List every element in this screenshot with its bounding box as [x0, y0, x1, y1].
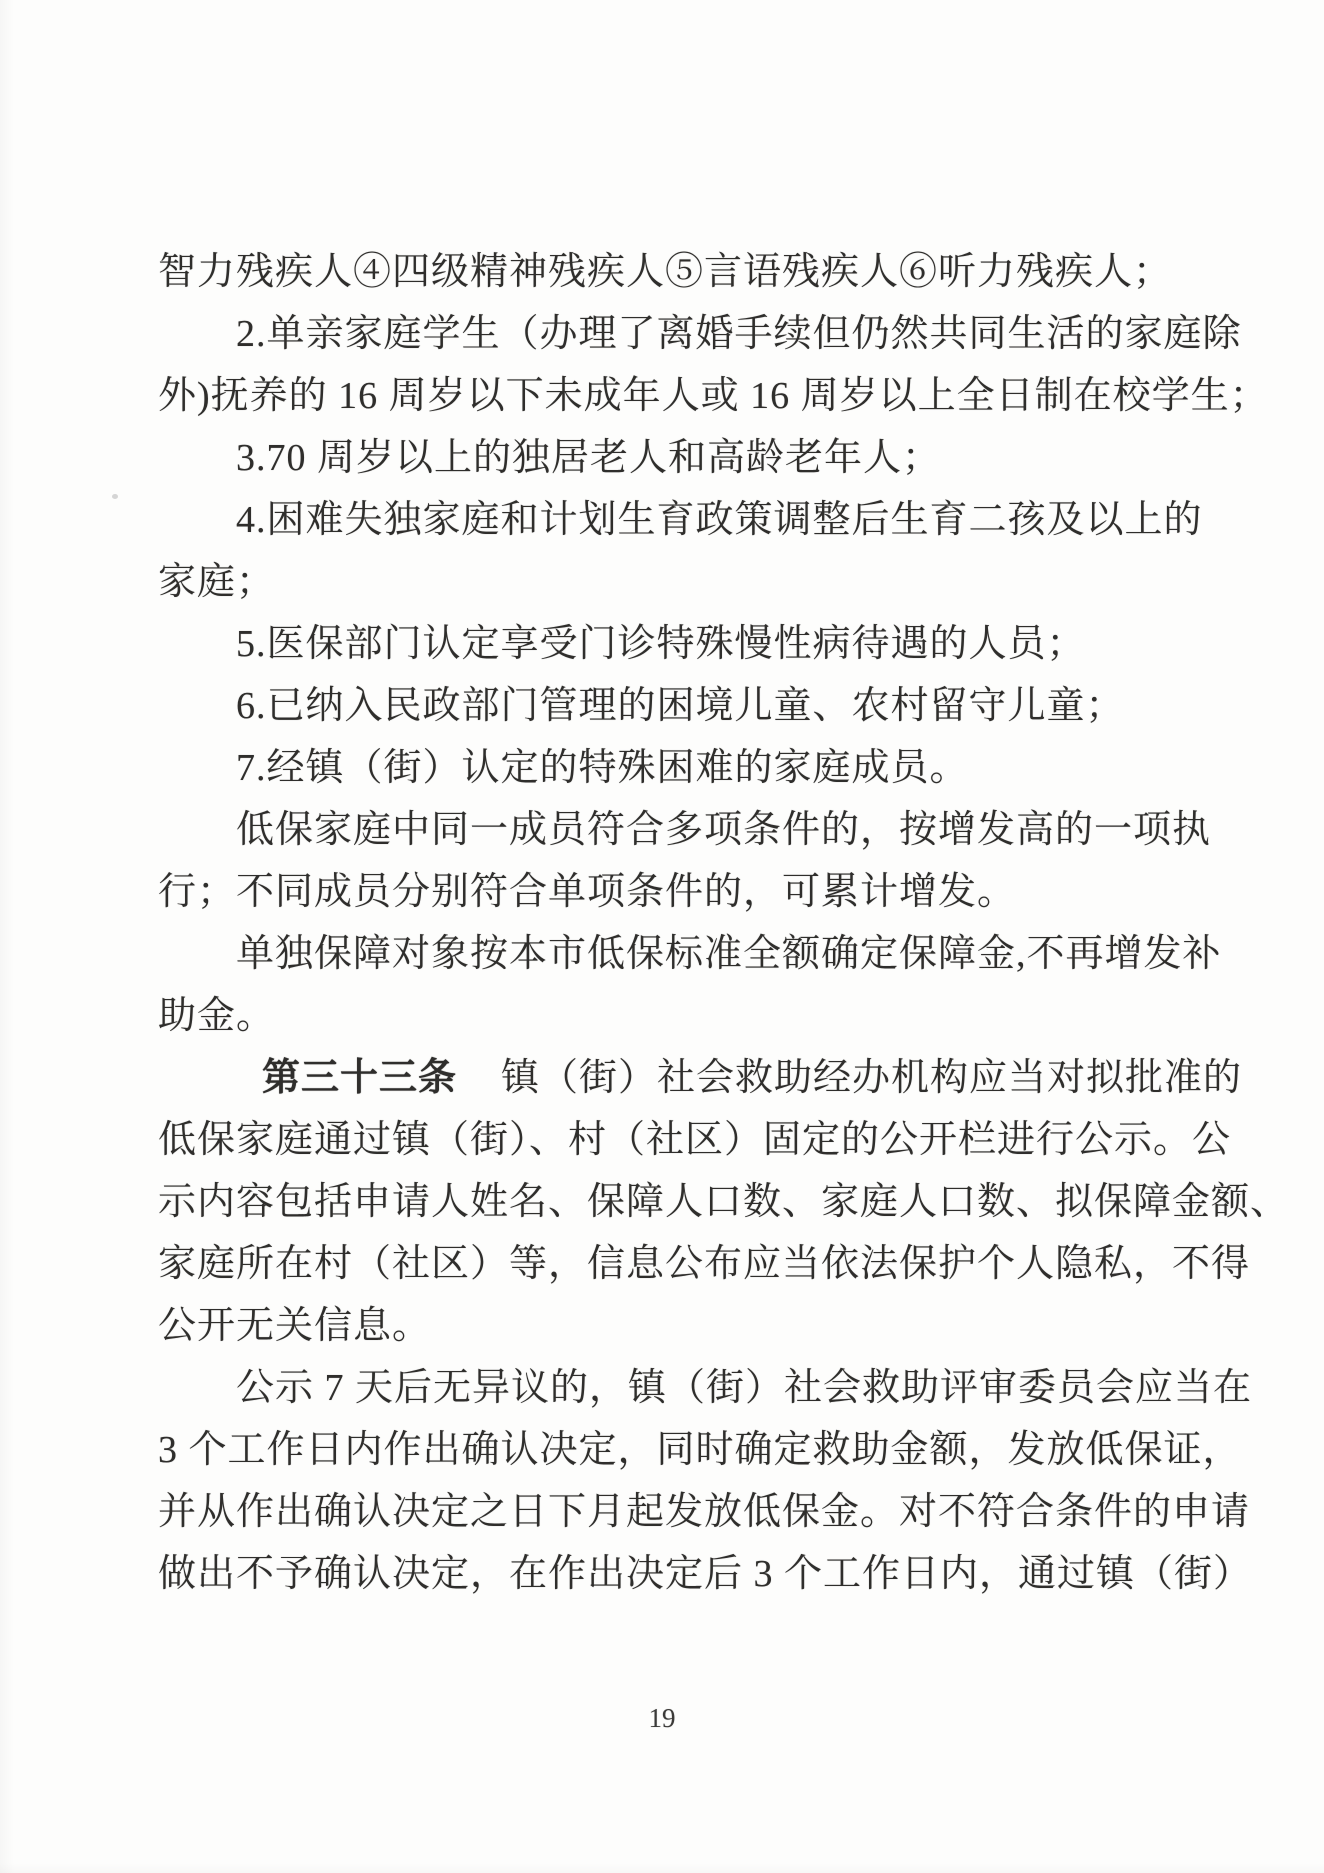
text-line: 家庭；: [158, 551, 1174, 613]
text-line: 4.困难失独家庭和计划生育政策调整后生育二孩及以上的: [158, 489, 1174, 551]
text-line: 做出不予确认决定，在作出决定后 3 个工作日内，通过镇（街）: [158, 1543, 1174, 1605]
text-line: 并从作出确认决定之日下月起发放低保金。对不符合条件的申请: [158, 1481, 1174, 1543]
article-heading-line: 第三十三条镇（街）社会救助经办机构应当对拟批准的: [158, 1047, 1174, 1109]
text-line: 6.已纳入民政部门管理的困境儿童、农村留守儿童；: [158, 675, 1174, 737]
article-text: 镇（街）社会救助经办机构应当对拟批准的: [501, 1057, 1242, 1099]
page-number: 19: [0, 1698, 1324, 1738]
text-line: 低保家庭通过镇（街）、村（社区）固定的公开栏进行公示。公: [158, 1109, 1174, 1171]
text-line: 2.单亲家庭学生（办理了离婚手续但仍然共同生活的家庭除: [158, 303, 1174, 365]
document-body: 智力残疾人④四级精神残疾人⑤言语残疾人⑥听力残疾人； 2.单亲家庭学生（办理了离…: [158, 241, 1174, 1605]
text-line: 助金。: [158, 985, 1174, 1047]
text-line: 7.经镇（街）认定的特殊困难的家庭成员。: [158, 737, 1174, 799]
document-page: 智力残疾人④四级精神残疾人⑤言语残疾人⑥听力残疾人； 2.单亲家庭学生（办理了离…: [0, 0, 1324, 1873]
scan-speck: [112, 494, 118, 499]
text-line: 公示 7 天后无异议的，镇（街）社会救助评审委员会应当在: [158, 1357, 1174, 1419]
text-line: 3 个工作日内作出确认决定，同时确定救助金额，发放低保证，: [158, 1419, 1174, 1481]
text-line: 示内容包括申请人姓名、保障人口数、家庭人口数、拟保障金额、: [158, 1171, 1174, 1233]
text-line: 行；不同成员分别符合单项条件的，可累计增发。: [158, 861, 1174, 923]
text-line: 3.70 周岁以上的独居老人和高龄老年人；: [158, 427, 1174, 489]
article-number: 第三十三条: [262, 1057, 457, 1099]
text-line: 外)抚养的 16 周岁以下未成年人或 16 周岁以上全日制在校学生；: [158, 365, 1174, 427]
text-line: 单独保障对象按本市低保标准全额确定保障金,不再增发补: [158, 923, 1174, 985]
text-line: 家庭所在村（社区）等，信息公布应当依法保护个人隐私，不得: [158, 1233, 1174, 1295]
text-line: 5.医保部门认定享受门诊特殊慢性病待遇的人员；: [158, 613, 1174, 675]
text-line: 低保家庭中同一成员符合多项条件的，按增发高的一项执: [158, 799, 1174, 861]
text-line: 智力残疾人④四级精神残疾人⑤言语残疾人⑥听力残疾人；: [158, 241, 1174, 303]
text-line: 公开无关信息。: [158, 1295, 1174, 1357]
